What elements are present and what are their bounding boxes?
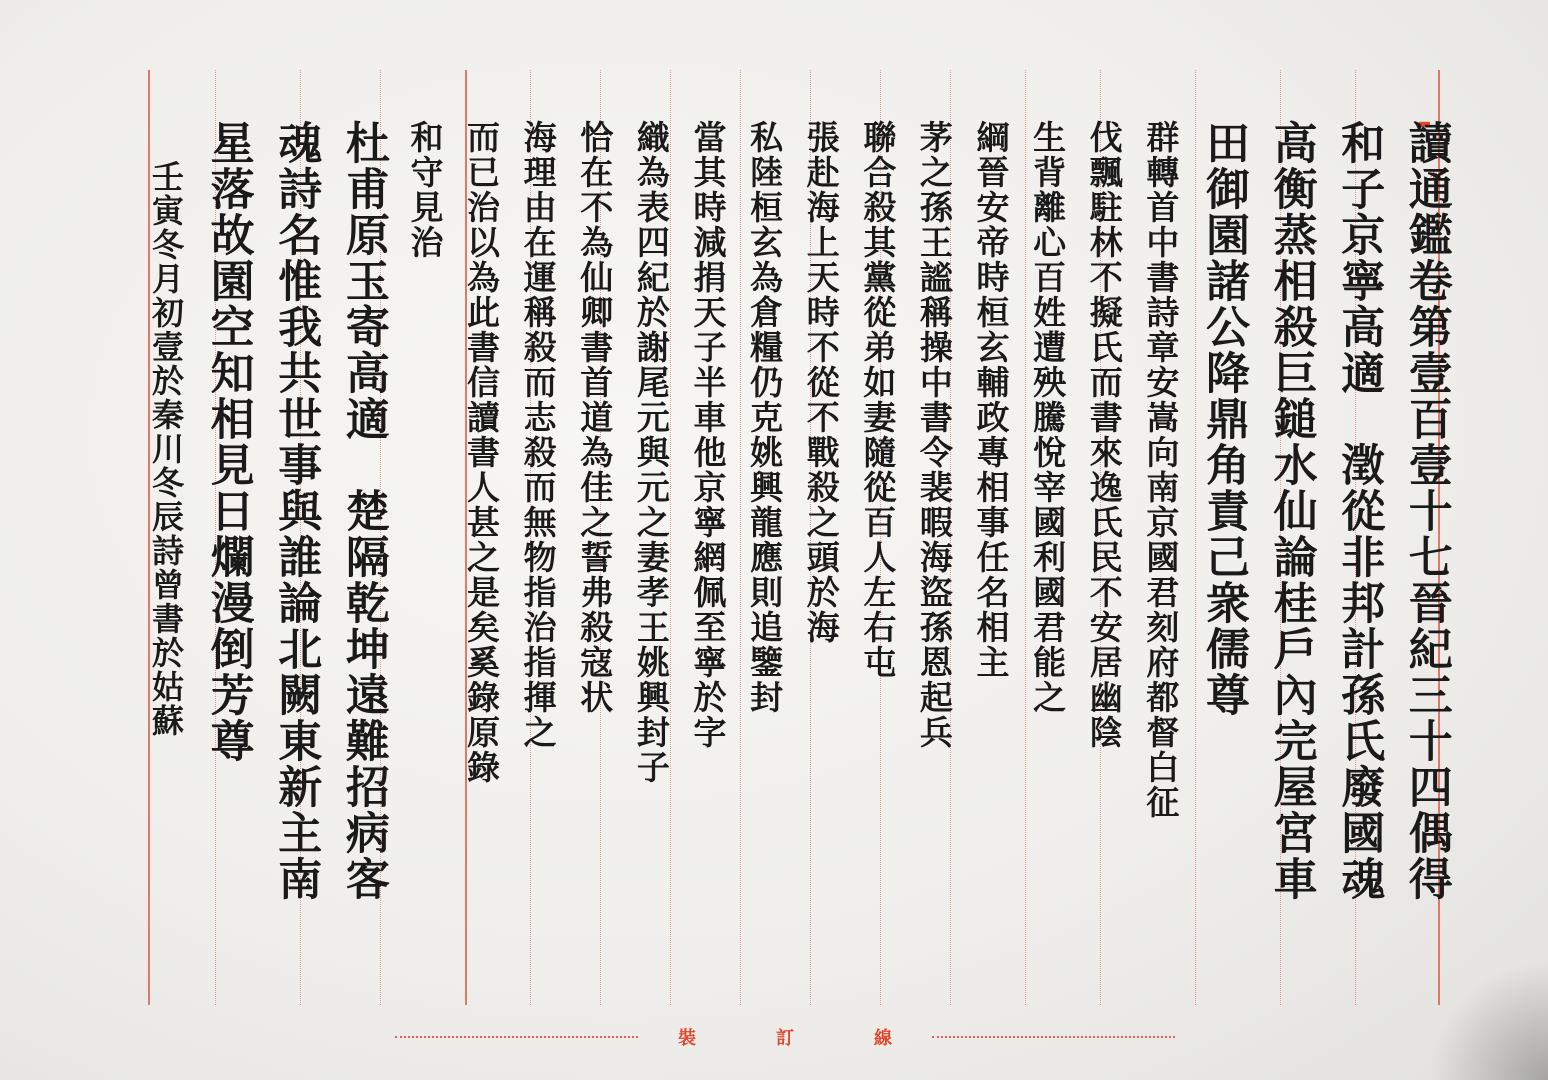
text-column: 杜甫原玉寄高適 楚隔乾坤遠難招病客 [341,120,385,1000]
binding-char: 裝 [638,1024,736,1050]
text-column: 聯合殺其黨從弟如妻隨從百人左右屯 [861,120,894,1000]
text-column: 伐飄駐林不擬氏而書來逸氏民不安居幽陰 [1088,120,1121,1000]
text-column: 和子京寧高適 澂從非邦計孫氏廢國魂 [1336,120,1380,1000]
text-column: 星落故園空知相見日爛漫倒芳尊 [206,120,250,1000]
binding-char: 線 [834,1024,932,1050]
text-column: 綱晉安帝時桓玄輔政專相事任名相主 [975,120,1008,1000]
binding-dotted-line [395,1036,638,1038]
text-columns: 讀通鑑卷第壹百壹十七晉紀三十四偶得 和子京寧高適 澂從非邦計孫氏廢國魂 高衡蒸相… [150,120,1448,1000]
text-column: 生背離心百姓遭殃騰悅宰國利國君能之 [1031,120,1064,1000]
text-column: 群轉首中書詩章安嵩向南京國君刻府都督白征 [1144,120,1177,1000]
text-column: 海理由在運稱殺而志殺而無物指治指揮之 [522,120,555,1000]
text-column: 和守見治 [408,120,441,1000]
text-column: 田御園諸公降鼎角責己衆儒尊 [1201,120,1245,1000]
text-column: 私陸桓玄為倉糧仍克姚興龍應則追鑒封 [748,120,781,1000]
text-column: 高衡蒸相殺巨鎚水仙論桂戶內完屋宮車 [1269,120,1313,1000]
text-column: 而已治以為此書信讀書人甚之是矣奚錄原錄 [465,120,498,1000]
text-column: 當其時減捐天子半車他京寧網佩至寧於字 [691,120,724,1000]
text-column: 茅之孫王謐稱操中書令裴暇海盜孫恩起兵 [918,120,951,1000]
text-column: 讀通鑑卷第壹百壹十七晉紀三十四偶得 [1404,120,1448,1000]
text-column: 恰在不為仙卿書首道為佳之誓弗殺寇状 [578,120,611,1000]
binding-line: 裝 訂 線 [395,1022,1175,1052]
text-column: 織為表四紀於謝尾元與元之妻孝王姚興封子 [635,120,668,1000]
signature-column: 壬寅冬月初壹於秦川冬辰詩曾書於姑蘇 [150,160,182,1000]
text-column: 張赴海上天時不從不戰殺之頭於海 [805,120,838,1000]
binding-dotted-line [932,1036,1175,1038]
text-column: 魂詩名惟我共世事與誰論北闕東新主南 [273,120,317,1000]
manuscript-paper: ▬ * 讀通鑑卷第壹百壹十七晉紀三十四偶得 和子京寧高適 澂從非邦計孫氏廢國魂 … [0,0,1548,1080]
binding-char: 訂 [736,1024,834,1050]
